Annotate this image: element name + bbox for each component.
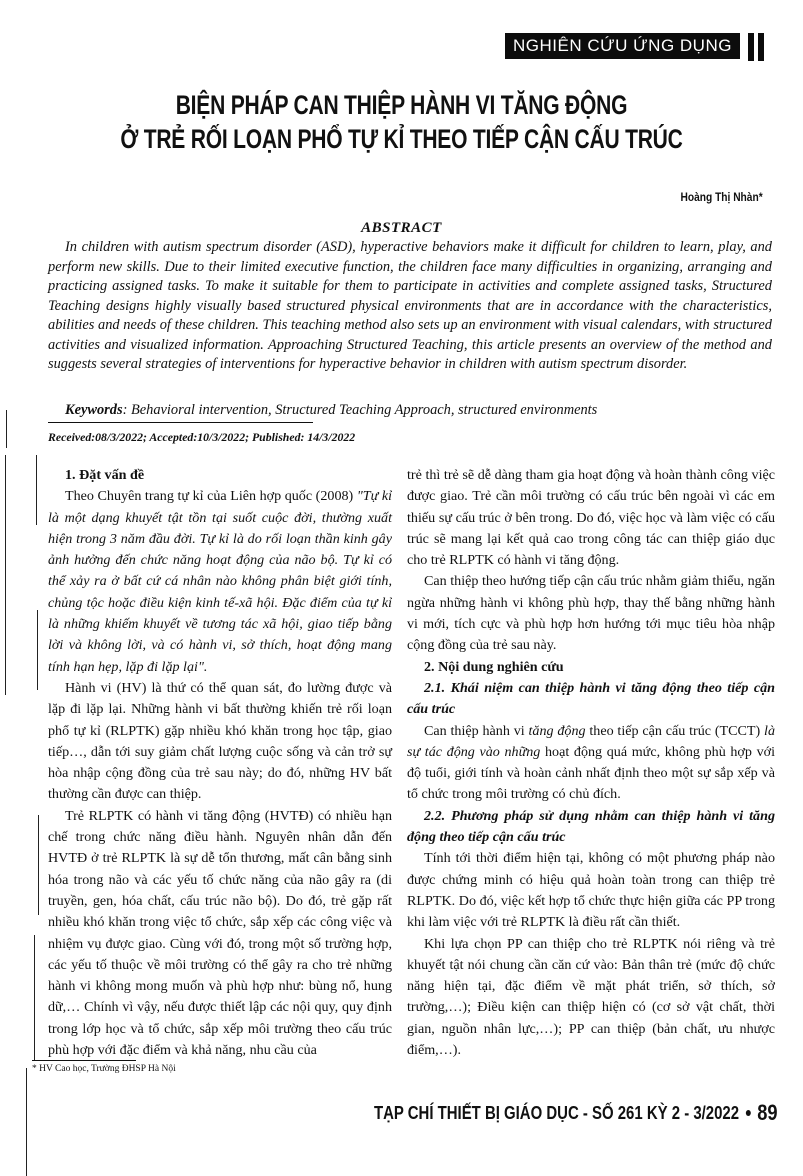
- paragraph: Hành vi (HV) là thứ có thể quan sát, đo …: [48, 678, 392, 806]
- scan-margin-line: [34, 935, 35, 1060]
- column-left: 1. Đặt vấn đề Theo Chuyên trang tự kỉ củ…: [48, 465, 392, 1061]
- quote-text: "Tự kỉ là một dạng khuyết tật tồn tại su…: [48, 488, 392, 674]
- scan-margin-line: [5, 455, 6, 695]
- scan-margin-line: [37, 610, 38, 690]
- paragraph: Can thiệp hành vi tăng động theo tiếp cậ…: [407, 721, 775, 806]
- abstract-heading: ABSTRACT: [0, 220, 803, 237]
- subsection-heading-2-2: 2.2. Phương pháp sử dụng nhằm can thiệp …: [407, 806, 775, 849]
- scan-margin-line: [36, 455, 37, 525]
- paragraph: trẻ thì trẻ sẽ dễ dàng tham gia hoạt độn…: [407, 465, 775, 571]
- section-label: NGHIÊN CỨU ỨNG DỤNG: [505, 33, 740, 59]
- paragraph: Trẻ RLPTK có hành vi tăng động (HVTĐ) có…: [48, 806, 392, 1062]
- paragraph-text: Can thiệp hành vi: [424, 723, 528, 739]
- bullet-icon: [746, 1110, 751, 1116]
- scan-margin-line: [26, 1068, 27, 1176]
- paragraph: Khi lựa chọn PP can thiệp cho trẻ RLPTK …: [407, 934, 775, 1062]
- page-number: 89: [757, 1100, 777, 1126]
- subsection-heading-2-1: 2.1. Khái niệm can thiệp hành vi tăng độ…: [407, 678, 775, 721]
- publication-dates: Received:08/3/2022; Accepted:10/3/2022; …: [48, 430, 355, 445]
- abstract-text: In children with autism spectrum disorde…: [48, 238, 772, 375]
- divider: [48, 422, 313, 423]
- emphasis-text: tăng động: [528, 723, 585, 739]
- journal-footer: TẠP CHÍ THIẾT BỊ GIÁO DỤC - SỐ 261 KỲ 2 …: [374, 1100, 778, 1126]
- scan-margin-line: [38, 815, 39, 915]
- paragraph: Tính tới thời điểm hiện tại, không có mộ…: [407, 848, 775, 933]
- keywords: Keywords: Behavioral intervention, Struc…: [48, 402, 772, 419]
- title-line-2: Ở TRẺ RỐI LOẠN PHỔ TỰ KỈ THEO TIẾP CẬN C…: [112, 122, 692, 156]
- footnote-divider: [32, 1060, 136, 1061]
- keywords-label: Keywords: [65, 402, 123, 418]
- scan-margin-line: [6, 410, 7, 448]
- paragraph: Theo Chuyên trang tự kỉ của Liên hợp quố…: [48, 486, 392, 678]
- author-name: Hoàng Thị Nhàn*: [681, 190, 763, 204]
- keywords-text: : Behavioral intervention, Structured Te…: [123, 402, 598, 418]
- journal-name: TẠP CHÍ THIẾT BỊ GIÁO DỤC - SỐ 261 KỲ 2 …: [374, 1103, 739, 1124]
- paragraph: Can thiệp theo hướng tiếp cận cấu trúc n…: [407, 571, 775, 656]
- article-title: BIỆN PHÁP CAN THIỆP HÀNH VI TĂNG ĐỘNG Ở …: [112, 88, 692, 156]
- footnote: * HV Cao học, Trường ĐHSP Hà Nội: [32, 1064, 176, 1074]
- section-heading-1: 1. Đặt vấn đề: [48, 465, 392, 486]
- paragraph-text: theo tiếp cận cấu trúc (TCCT): [586, 723, 764, 739]
- column-right: trẻ thì trẻ sẽ dễ dàng tham gia hoạt độn…: [407, 465, 775, 1061]
- section-heading-2: 2. Nội dung nghiên cứu: [407, 657, 775, 678]
- section-bars-decoration: [748, 33, 764, 61]
- title-line-1: BIỆN PHÁP CAN THIỆP HÀNH VI TĂNG ĐỘNG: [112, 88, 692, 122]
- paragraph-text: Theo Chuyên trang tự kỉ của Liên hợp quố…: [65, 488, 357, 504]
